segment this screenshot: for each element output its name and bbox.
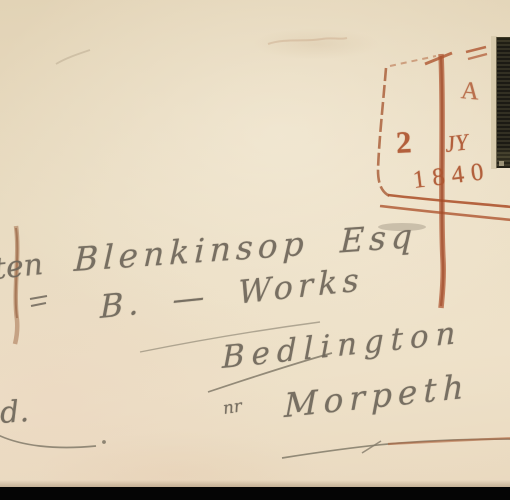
red-equals-mark-2: [468, 54, 487, 59]
double-dash-under-fragment-2: [31, 303, 46, 306]
cover-photo: A 2 JY 1840 ten Blenkinsop Esq B. — Work…: [0, 0, 510, 500]
postmark-month: JY: [443, 129, 469, 158]
address-corner-fragment: d.: [0, 394, 30, 431]
postmark-day: 2: [395, 124, 412, 161]
faint-pencil-scribble-top: [268, 38, 347, 44]
photo-background-band: [0, 487, 510, 500]
double-dash-under-fragment-1: [30, 296, 47, 299]
corner-fragment-dot: [102, 440, 106, 444]
morpeth-red-underline: [388, 438, 510, 444]
postmark-index-letter: A: [460, 77, 480, 106]
flourish-under-morpeth: [282, 439, 510, 458]
faint-pencil-diagonal-topleft: [56, 50, 90, 64]
address-line-4-prefix: nr: [222, 396, 244, 418]
datestamp-frame-left: [378, 68, 392, 197]
datestamp-bottom-line-1: [388, 195, 510, 207]
corner-fragment-underline: [0, 434, 96, 448]
red-equals-mark-1: [466, 47, 486, 52]
address-left-fragment: ten: [0, 247, 45, 287]
